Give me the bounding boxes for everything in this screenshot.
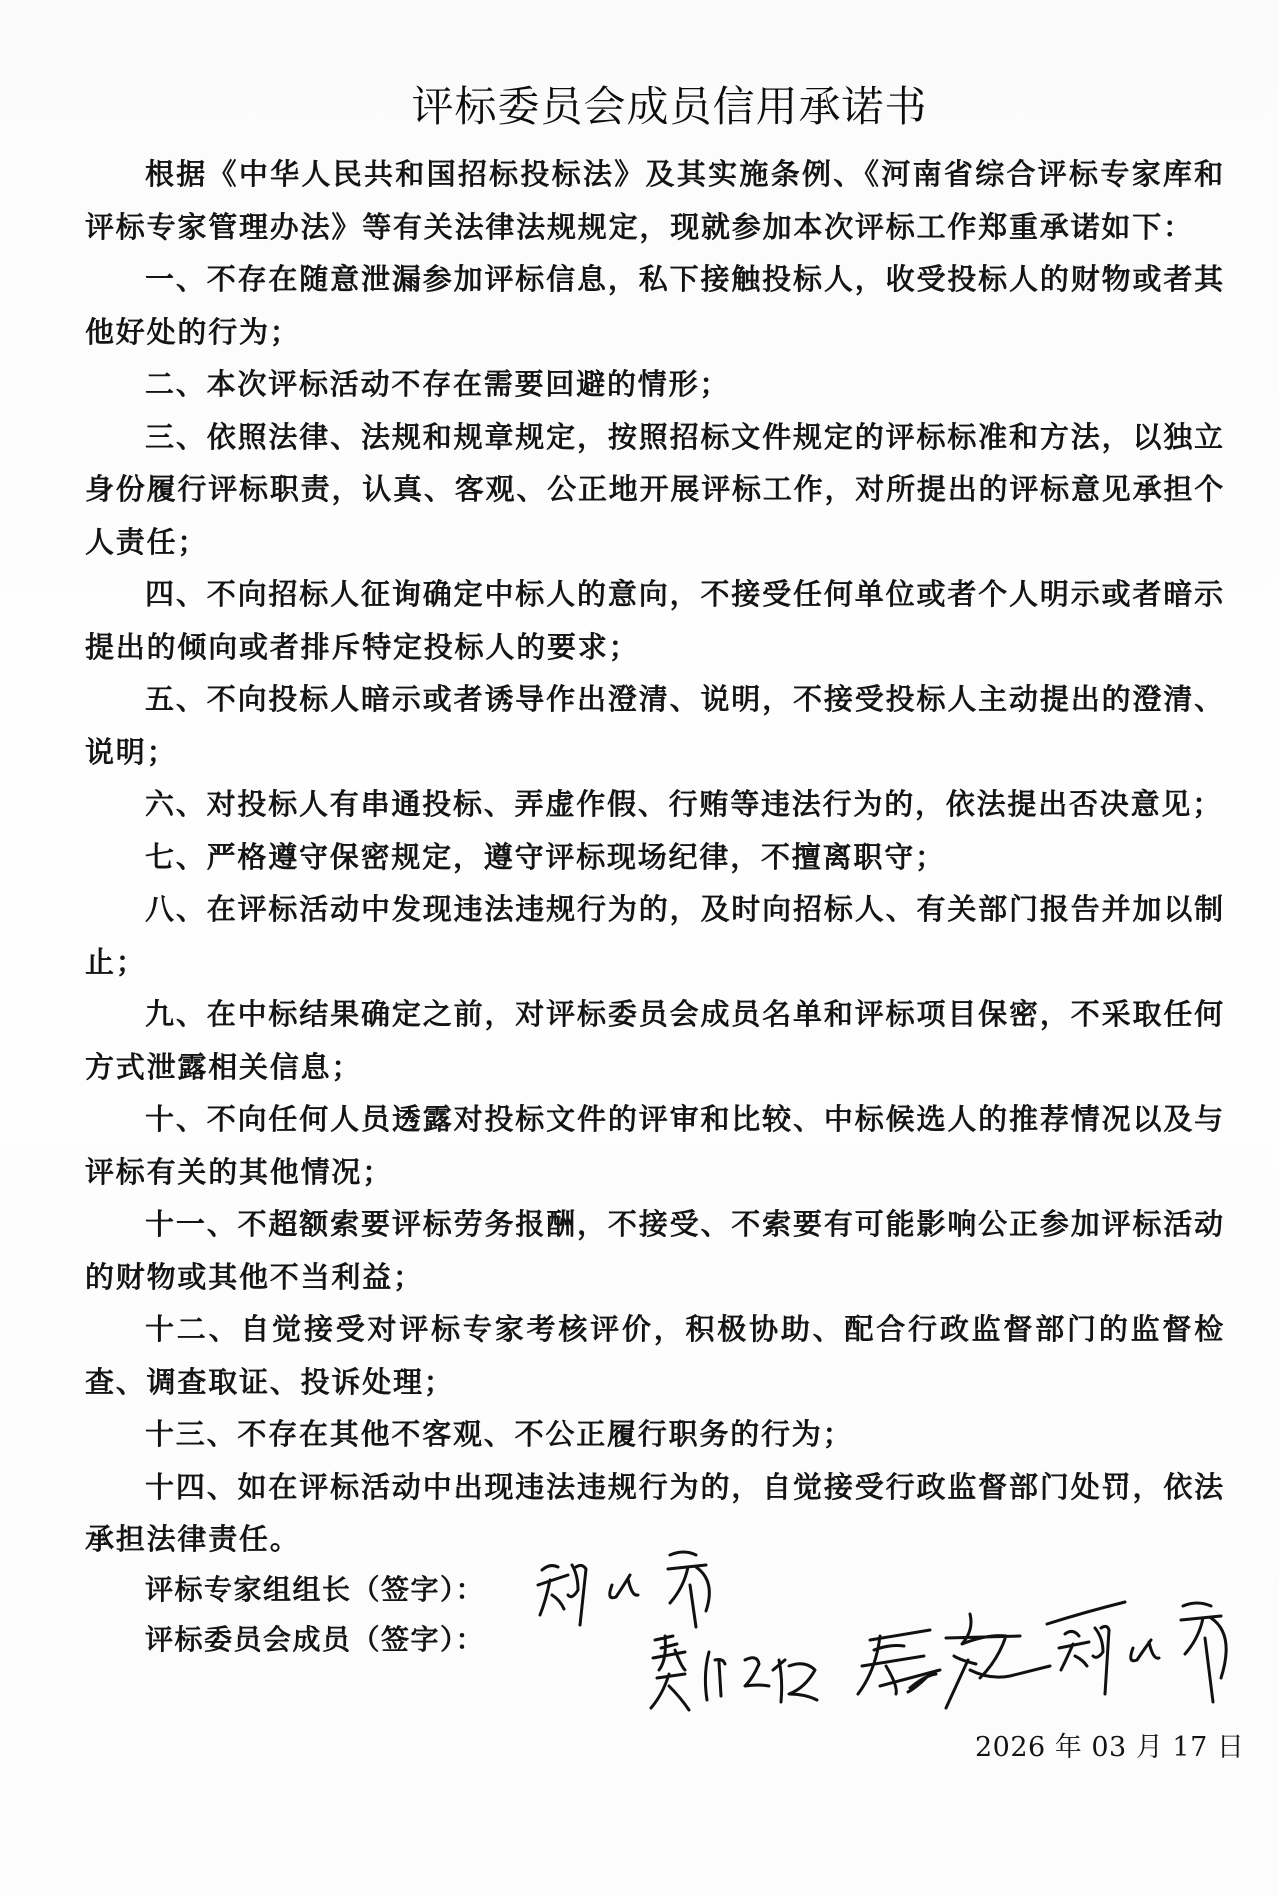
member-handwritten-signature-2	[850, 1600, 1060, 1720]
signing-date: 2026 年 03 月 17 日	[975, 1725, 1244, 1764]
commitment-item-10: 十、不向任何人员透露对投标文件的评审和比较、中标候选人的推荐情况以及与评标有关的…	[85, 1093, 1225, 1198]
commitment-item-6: 六、对投标人有串通投标、弄虚作假、行贿等违法行为的，依法提出否决意见；	[85, 778, 1225, 831]
commitment-item-11: 十一、不超额索要评标劳务报酬，不接受、不索要有可能影响公正参加评标活动的财物或其…	[85, 1198, 1225, 1303]
leader-handwritten-signature	[520, 1545, 760, 1635]
member-handwritten-signature-1	[645, 1630, 825, 1720]
member-handwritten-signature-3	[1045, 1598, 1245, 1708]
commitment-item-4: 四、不向招标人征询确定中标人的意向，不接受任何单位或者个人明示或者暗示提出的倾向…	[85, 568, 1225, 673]
member-signature-label: 评标委员会成员（签字）：	[145, 1615, 485, 1665]
commitment-item-1: 一、不存在随意泄漏参加评标信息，私下接触投标人，收受投标人的财物或者其他好处的行…	[85, 253, 1225, 358]
commitment-item-13: 十三、不存在其他不客观、不公正履行职务的行为；	[85, 1408, 1225, 1461]
signature-labels: 评标专家组组长（签字）： 评标委员会成员（签字）：	[145, 1565, 485, 1665]
commitment-item-5: 五、不向投标人暗示或者诱导作出澄清、说明，不接受投标人主动提出的澄清、说明；	[85, 673, 1225, 778]
commitment-item-9: 九、在中标结果确定之前，对评标委员会成员名单和评标项目保密，不采取任何方式泄露相…	[85, 988, 1225, 1093]
commitment-item-3: 三、依照法律、法规和规章规定，按照招标文件规定的评标标准和方法，以独立身份履行评…	[85, 411, 1225, 569]
document-title: 评标委员会成员信用承诺书	[0, 74, 1279, 134]
preamble-paragraph: 根据《中华人民共和国招标投标法》及其实施条例、《河南省综合评标专家库和评标专家管…	[85, 148, 1225, 253]
commitment-item-8: 八、在评标活动中发现违法违规行为的，及时向招标人、有关部门报告并加以制止；	[85, 883, 1225, 988]
commitment-item-12: 十二、自觉接受对评标专家考核评价，积极协助、配合行政监督部门的监督检查、调查取证…	[85, 1303, 1225, 1408]
commitment-item-7: 七、严格遵守保密规定，遵守评标现场纪律，不擅离职守；	[85, 831, 1225, 884]
document-page: 评标委员会成员信用承诺书 根据《中华人民共和国招标投标法》及其实施条例、《河南省…	[0, 0, 1279, 1896]
document-body: 根据《中华人民共和国招标投标法》及其实施条例、《河南省综合评标专家库和评标专家管…	[85, 148, 1225, 1566]
leader-signature-label: 评标专家组组长（签字）：	[145, 1565, 485, 1615]
commitment-item-2: 二、本次评标活动不存在需要回避的情形；	[85, 358, 1225, 411]
